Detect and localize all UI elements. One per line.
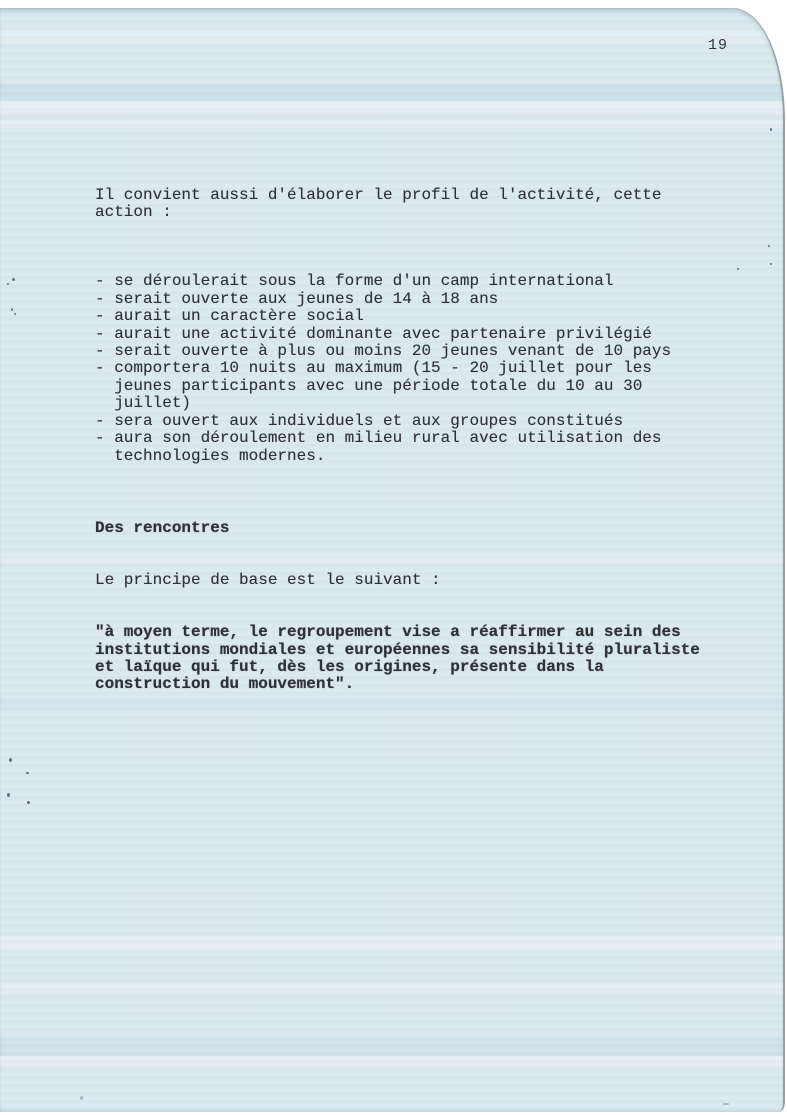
ink-speck xyxy=(11,308,13,311)
scan-band xyxy=(0,101,783,113)
page-number: 19 xyxy=(708,37,728,54)
ink-speck xyxy=(7,283,9,285)
ink-speck xyxy=(27,801,30,804)
principle-intro-line: Le principe de base est le suivant : xyxy=(95,572,735,589)
ink-speck xyxy=(770,128,772,131)
ink-speck xyxy=(770,263,772,265)
scan-band xyxy=(0,983,783,993)
ink-speck xyxy=(14,313,16,315)
scanned-page: 19 Il convient aussi d'élaborer le profi… xyxy=(0,0,787,1115)
scan-artifact xyxy=(80,1096,83,1100)
ink-speck xyxy=(12,278,15,281)
ink-speck xyxy=(737,268,739,270)
paper-sheet: 19 Il convient aussi d'élaborer le profi… xyxy=(0,8,785,1112)
ink-speck xyxy=(7,793,10,797)
scan-band xyxy=(0,936,783,950)
scan-band xyxy=(0,120,783,128)
scan-band xyxy=(0,1038,783,1056)
activity-profile-list: - se déroulerait sous la forme d'un camp… xyxy=(95,273,735,464)
ink-speck xyxy=(9,758,12,762)
section-heading: Des rencontres xyxy=(95,520,735,537)
principle-quote: "à moyen terme, le regroupement vise a r… xyxy=(95,624,735,694)
scan-artifact xyxy=(723,1103,729,1105)
intro-paragraph: Il convient aussi d'élaborer le profil d… xyxy=(95,187,735,222)
scan-band xyxy=(0,1056,783,1066)
scan-band xyxy=(0,84,783,101)
ink-speck xyxy=(26,772,29,774)
scan-band xyxy=(0,30,783,44)
typewritten-content: Il convient aussi d'élaborer le profil d… xyxy=(95,152,735,729)
ink-speck xyxy=(768,245,770,247)
